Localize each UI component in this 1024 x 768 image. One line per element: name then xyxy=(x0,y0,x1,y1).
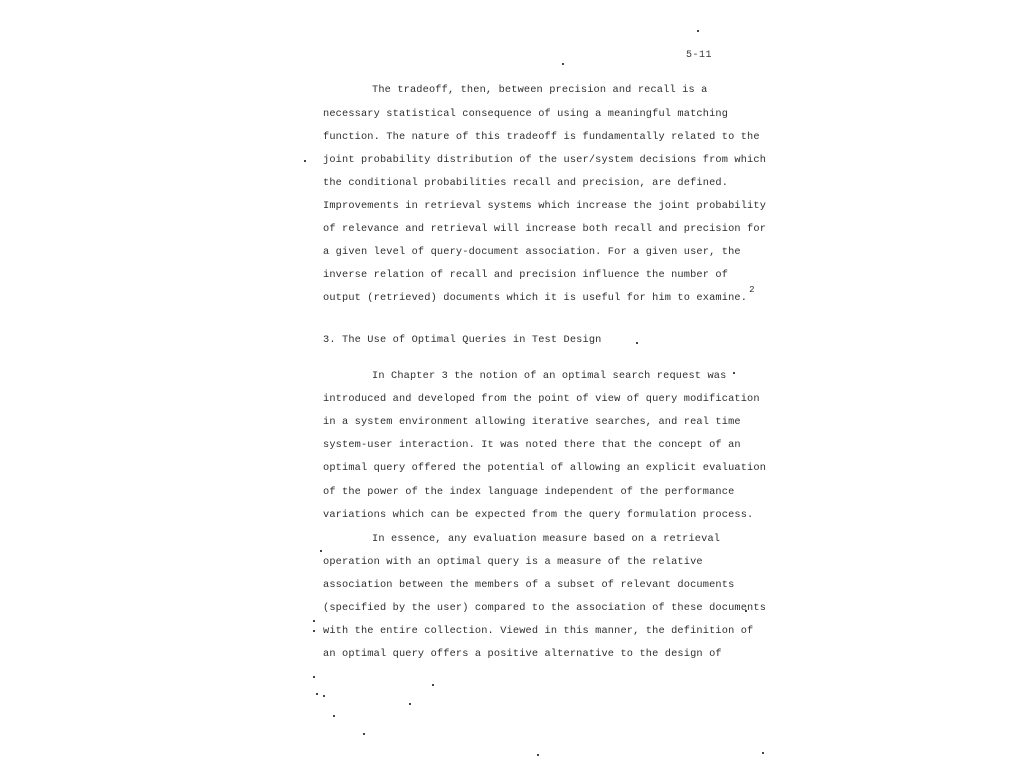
paragraph-line: variations which can be expected from th… xyxy=(323,509,753,521)
scan-speck xyxy=(313,676,315,678)
paragraph-line: system-user interaction. It was noted th… xyxy=(323,439,741,451)
scan-speck xyxy=(323,695,325,697)
paragraph-line-with-footnote: output (retrieved) documents which it is… xyxy=(323,292,755,304)
scan-speck xyxy=(333,715,335,717)
paragraph-line: inverse relation of recall and precision… xyxy=(323,269,728,281)
paragraph-line: function. The nature of this tradeoff is… xyxy=(323,131,760,143)
paragraph-line: of the power of the index language indep… xyxy=(323,486,734,498)
page-number: 5-11 xyxy=(686,50,712,61)
scan-speck xyxy=(733,372,735,374)
paragraph-line: In essence, any evaluation measure based… xyxy=(372,533,720,545)
paragraph-line: joint probability distribution of the us… xyxy=(323,154,766,166)
scan-speck xyxy=(697,30,699,32)
scan-speck xyxy=(320,550,322,552)
paragraph-line: (specified by the user) compared to the … xyxy=(323,602,766,614)
paragraph-line: necessary statistical consequence of usi… xyxy=(323,108,728,120)
paragraph-line: a given level of query-document associat… xyxy=(323,246,741,258)
paragraph-line: association between the members of a sub… xyxy=(323,579,734,591)
paragraph-line: with the entire collection. Viewed in th… xyxy=(323,625,753,637)
paragraph-line: operation with an optimal query is a mea… xyxy=(323,556,703,568)
scan-speck xyxy=(762,752,764,754)
paragraph-line: of relevance and retrieval will increase… xyxy=(323,223,766,235)
paragraph-line: an optimal query offers a positive alter… xyxy=(323,648,722,660)
paragraph-line: In Chapter 3 the notion of an optimal se… xyxy=(372,370,726,382)
section-heading: 3. The Use of Optimal Queries in Test De… xyxy=(323,334,601,346)
scan-speck xyxy=(562,63,564,65)
paragraph-line: Improvements in retrieval systems which … xyxy=(323,200,766,212)
scan-speck xyxy=(745,610,747,612)
paragraph-line: The tradeoff, then, between precision an… xyxy=(372,84,707,96)
scan-speck xyxy=(313,620,315,622)
scan-speck xyxy=(636,342,638,344)
paragraph-line-text: output (retrieved) documents which it is… xyxy=(323,292,747,304)
scan-speck xyxy=(363,733,365,735)
scan-speck xyxy=(304,160,306,162)
footnote-reference: 2 xyxy=(749,285,755,295)
scan-speck xyxy=(313,630,315,632)
scan-speck xyxy=(432,684,434,686)
scan-speck xyxy=(316,693,318,695)
scanned-document-page: 5-11 The tradeoff, then, between precisi… xyxy=(0,0,1024,768)
paragraph-line: in a system environment allowing iterati… xyxy=(323,416,741,428)
scan-speck xyxy=(409,703,411,705)
paragraph-line: the conditional probabilities recall and… xyxy=(323,177,728,189)
paragraph-line: optimal query offered the potential of a… xyxy=(323,462,766,474)
scan-speck xyxy=(537,754,539,756)
paragraph-line: introduced and developed from the point … xyxy=(323,393,760,405)
